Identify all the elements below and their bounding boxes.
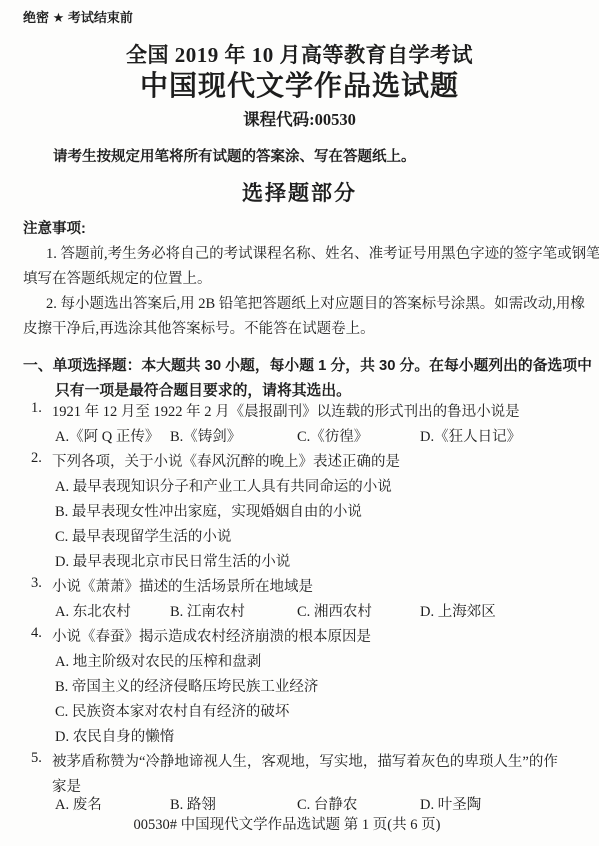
answer-sheet-instruction: 请考生按规定用笔将所有试题的答案涂、写在答题纸上。 (53, 148, 416, 166)
question-2-option-d: D. 最早表现北京市民日常生活的小说 (55, 550, 290, 571)
note-1-line-1: 1. 答题前,考生务必将自己的考试课程名称、姓名、准考证号用黑色字迹的签字笔或钢… (46, 245, 599, 263)
section-one-heading-line-2: 只有一项是最符合题目要求的，请将其选出。 (55, 382, 351, 400)
question-3-stem: 小说《萧萧》描述的生活场景所在地域是 (52, 575, 313, 596)
question-1-stem: 1921 年 12 月至 1922 年 2 月《晨报副刊》以连载的形式刊出的鲁迅… (52, 400, 520, 421)
notes-heading: 注意事项: (23, 220, 86, 238)
question-2-stem: 下列各项，关于小说《春风沉醉的晚上》表述正确的是 (52, 450, 400, 471)
question-5-option-d: D. 叶圣陶 (420, 793, 481, 814)
question-3-option-a: A. 东北农村 (55, 600, 131, 621)
exam-title: 中国现代文学作品选试题 (0, 68, 599, 103)
question-4-number: 4. (31, 625, 42, 642)
exam-paper-page: 绝密 ★ 考试结束前 全国 2019 年 10 月高等教育自学考试 中国现代文学… (0, 0, 599, 846)
exam-session-title: 全国 2019 年 10 月高等教育自学考试 (0, 42, 599, 68)
question-4-stem: 小说《春蚕》揭示造成农村经济崩溃的根本原因是 (52, 625, 371, 646)
question-2-option-a: A. 最早表现知识分子和产业工人具有共同命运的小说 (55, 475, 392, 496)
question-3-option-b: B. 江南农村 (170, 600, 245, 621)
question-1-number: 1. (31, 400, 42, 417)
question-2-option-c: C. 最早表现留学生活的小说 (55, 525, 231, 546)
question-5-option-c: C. 台静农 (297, 793, 357, 814)
question-5-stem-line-1: 被茅盾称赞为“冷静地谛视人生，客观地，写实地，描写着灰色的卑琐人生”的作 (52, 750, 558, 771)
page-footer: 00530# 中国现代文学作品选试题 第 1 页(共 6 页) (0, 816, 574, 834)
question-1-option-d: D.《狂人日记》 (420, 425, 521, 446)
question-2-number: 2. (31, 450, 42, 467)
question-5-number: 5. (31, 750, 42, 767)
question-3-options: A. 东北农村 B. 江南农村 C. 湘西农村 D. 上海郊区 (55, 600, 599, 620)
question-4-option-c: C. 民族资本家对农村自有经济的破坏 (55, 700, 289, 721)
secrecy-label: 绝密 ★ 考试结束前 (23, 10, 133, 26)
question-3-option-c: C. 湘西农村 (297, 600, 372, 621)
note-2-line-2: 皮擦干净后,再选涂其他答案标号。不能答在试题卷上。 (23, 320, 375, 338)
question-4-option-a: A. 地主阶级对农民的压榨和盘剥 (55, 650, 261, 671)
note-1-line-2: 填写在答题纸规定的位置上。 (23, 270, 212, 288)
course-code: 课程代码:00530 (0, 110, 599, 131)
question-1-option-b: B.《铸剑》 (170, 425, 241, 446)
question-5-options: A. 废名 B. 路翎 C. 台静农 D. 叶圣陶 (55, 793, 599, 813)
question-5-option-a: A. 废名 (55, 793, 102, 814)
question-4-option-d: D. 农民自身的懒惰 (55, 725, 174, 746)
question-4-option-b: B. 帝国主义的经济侵略压垮民族工业经济 (55, 675, 318, 696)
note-2-line-1: 2. 每小题选出答案后,用 2B 铅笔把答题纸上对应题目的答案标号涂黑。如需改动… (46, 295, 585, 313)
question-3-number: 3. (31, 575, 42, 592)
question-5-option-b: B. 路翎 (170, 793, 216, 814)
question-2-option-b: B. 最早表现女性冲出家庭，实现婚姻自由的小说 (55, 500, 362, 521)
question-3-option-d: D. 上海郊区 (420, 600, 496, 621)
section-one-heading-line-1: 一、单项选择题：本大题共 30 小题，每小题 1 分，共 30 分。在每小题列出… (23, 357, 592, 375)
section-part-title: 选择题部分 (0, 181, 599, 207)
question-1-options: A.《阿 Q 正传》 B.《铸剑》 C.《彷徨》 D.《狂人日记》 (55, 425, 599, 445)
question-1-option-a: A.《阿 Q 正传》 (55, 425, 159, 446)
question-1-option-c: C.《彷徨》 (297, 425, 368, 446)
